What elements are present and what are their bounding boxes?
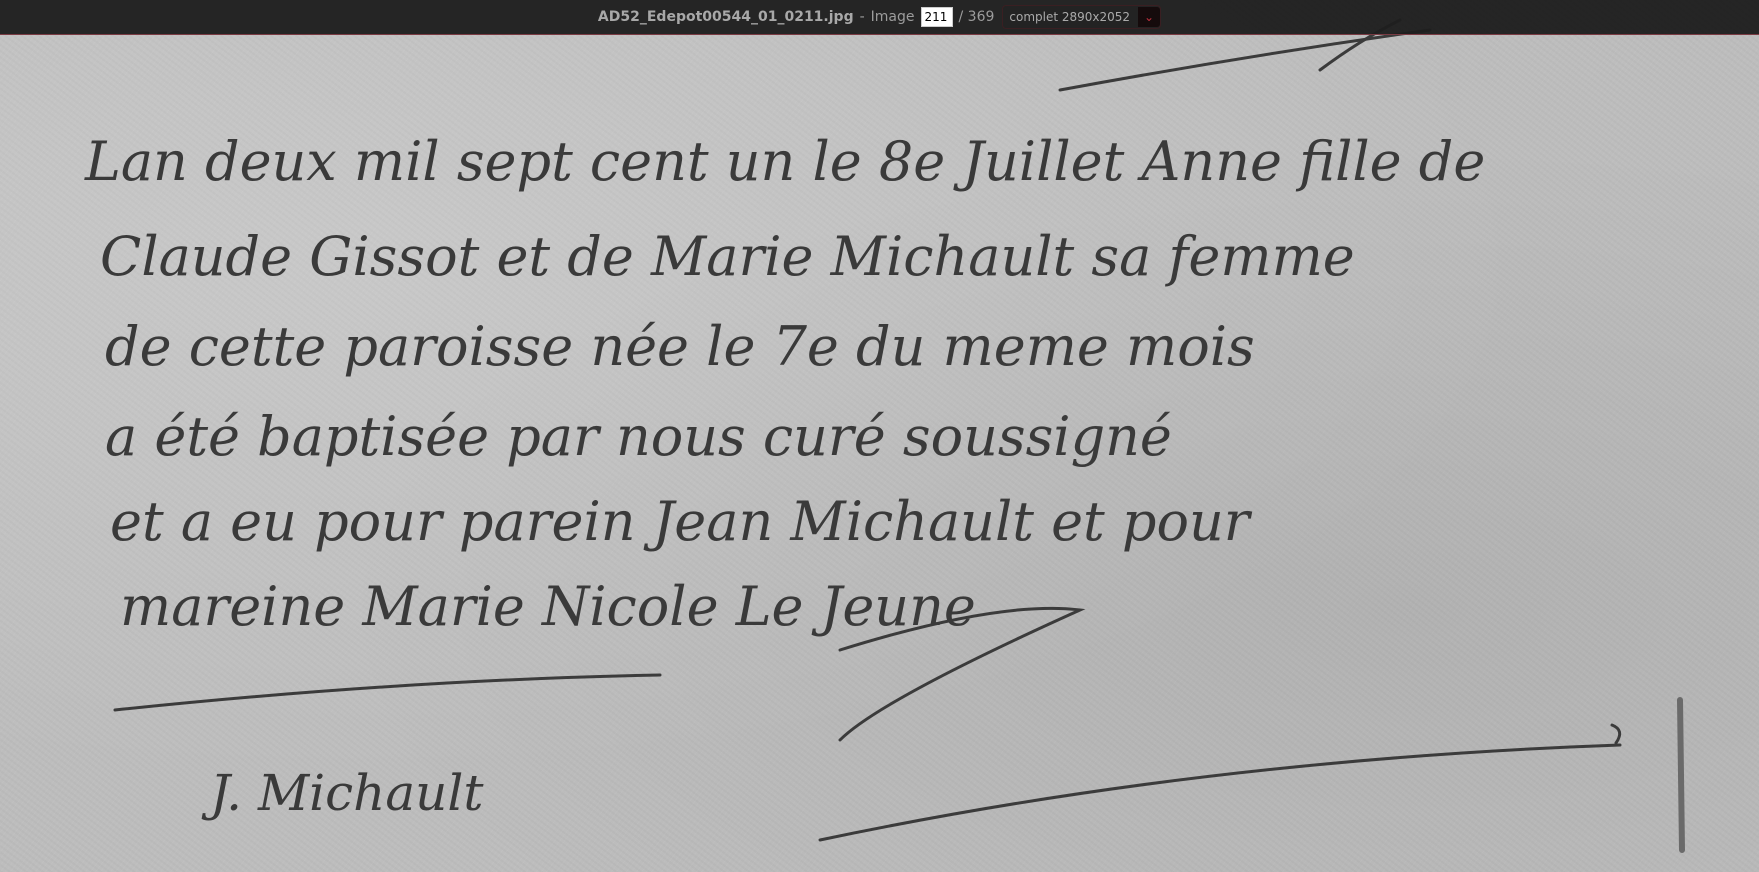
line-2: Claude Gissot et de Marie Michault sa fe…: [100, 225, 1355, 288]
image-viewport[interactable]: Lan deux mil sept cent un le 8e Juillet …: [0, 0, 1759, 872]
manuscript-image: Lan deux mil sept cent un le 8e Juillet …: [0, 0, 1759, 872]
signature-michault: J. Michault: [201, 764, 484, 822]
chevron-down-icon[interactable]: ⌄: [1138, 7, 1160, 27]
image-total: / 369: [959, 9, 995, 25]
viewer-toolbar: AD52_Edepot00544_01_0211.jpg - Image / 3…: [0, 0, 1759, 35]
image-label: Image: [871, 9, 915, 25]
image-filename: AD52_Edepot00544_01_0211.jpg: [598, 9, 854, 25]
line-1: Lan deux mil sept cent un le 8e Juillet …: [84, 130, 1485, 193]
line-6: mareine Marie Nicole Le Jeune: [120, 575, 976, 638]
separator: -: [860, 9, 865, 25]
line-5: et a eu pour parein Jean Michault et pou…: [110, 490, 1253, 553]
image-number-input[interactable]: [921, 7, 953, 27]
line-3: de cette paroisse née le 7e du meme mois: [105, 315, 1255, 378]
line-4: a été baptisée par nous curé soussigné: [105, 405, 1172, 468]
resolution-value: complet 2890x2052: [1009, 10, 1130, 24]
resolution-select[interactable]: complet 2890x2052 ⌄: [1002, 5, 1161, 29]
